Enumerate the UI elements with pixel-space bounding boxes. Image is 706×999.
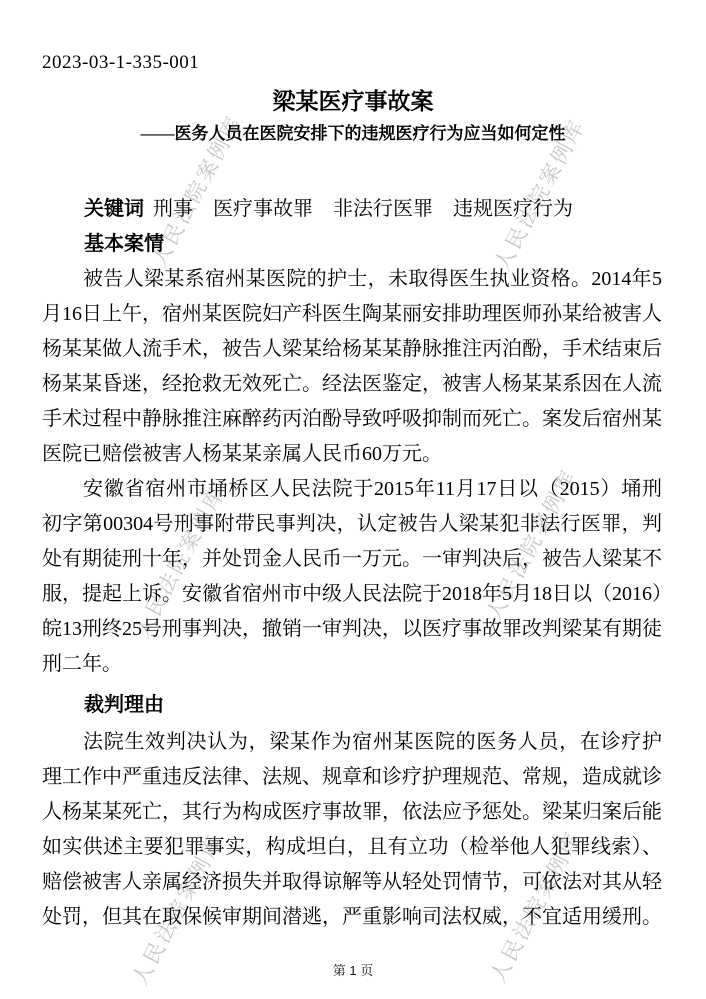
keyword-item: 医疗事故罪 [213,198,313,220]
document-content: 2023-03-1-335-001 梁某医疗事故案 ——医务人员在医院安排下的违… [0,0,706,935]
section-heading-judgment-reasons: 裁判理由 [42,688,662,723]
page-number: 第 1 页 [0,960,706,979]
keyword-item: 违规医疗行为 [453,198,573,220]
page-title: 梁某医疗事故案 [0,87,706,117]
document-page: 人民法院案例库 人民法院案例库 人民法院案例库 人民法院案例库 人民法院案例库 … [0,0,706,999]
paragraph-judgment-reasons-1: 法院生效判决认为，梁某作为宿州某医院的医务人员，在诊疗护理工作中严重违反法律、法… [42,725,662,935]
paragraph-basic-facts-1: 被告人梁某系宿州某医院的护士，未取得医生执业资格。2014年5月16日上午，宿州… [42,262,662,472]
section-heading-basic-facts: 基本案情 [42,227,662,262]
doc-number: 2023-03-1-335-001 [0,0,706,75]
keywords-label: 关键词 [84,198,144,220]
keyword-item: 刑事 [153,198,193,220]
keywords-row: 关键词刑事医疗事故罪非法行医罪违规医疗行为 [42,192,662,227]
paragraph-basic-facts-2: 安徽省宿州市埇桥区人民法院于2015年11月17日以（2015）埇刑初字第003… [42,472,662,682]
keyword-item: 非法行医罪 [333,198,433,220]
page-subtitle: ——医务人员在医院安排下的违规医疗行为应当如何定性 [0,121,706,147]
